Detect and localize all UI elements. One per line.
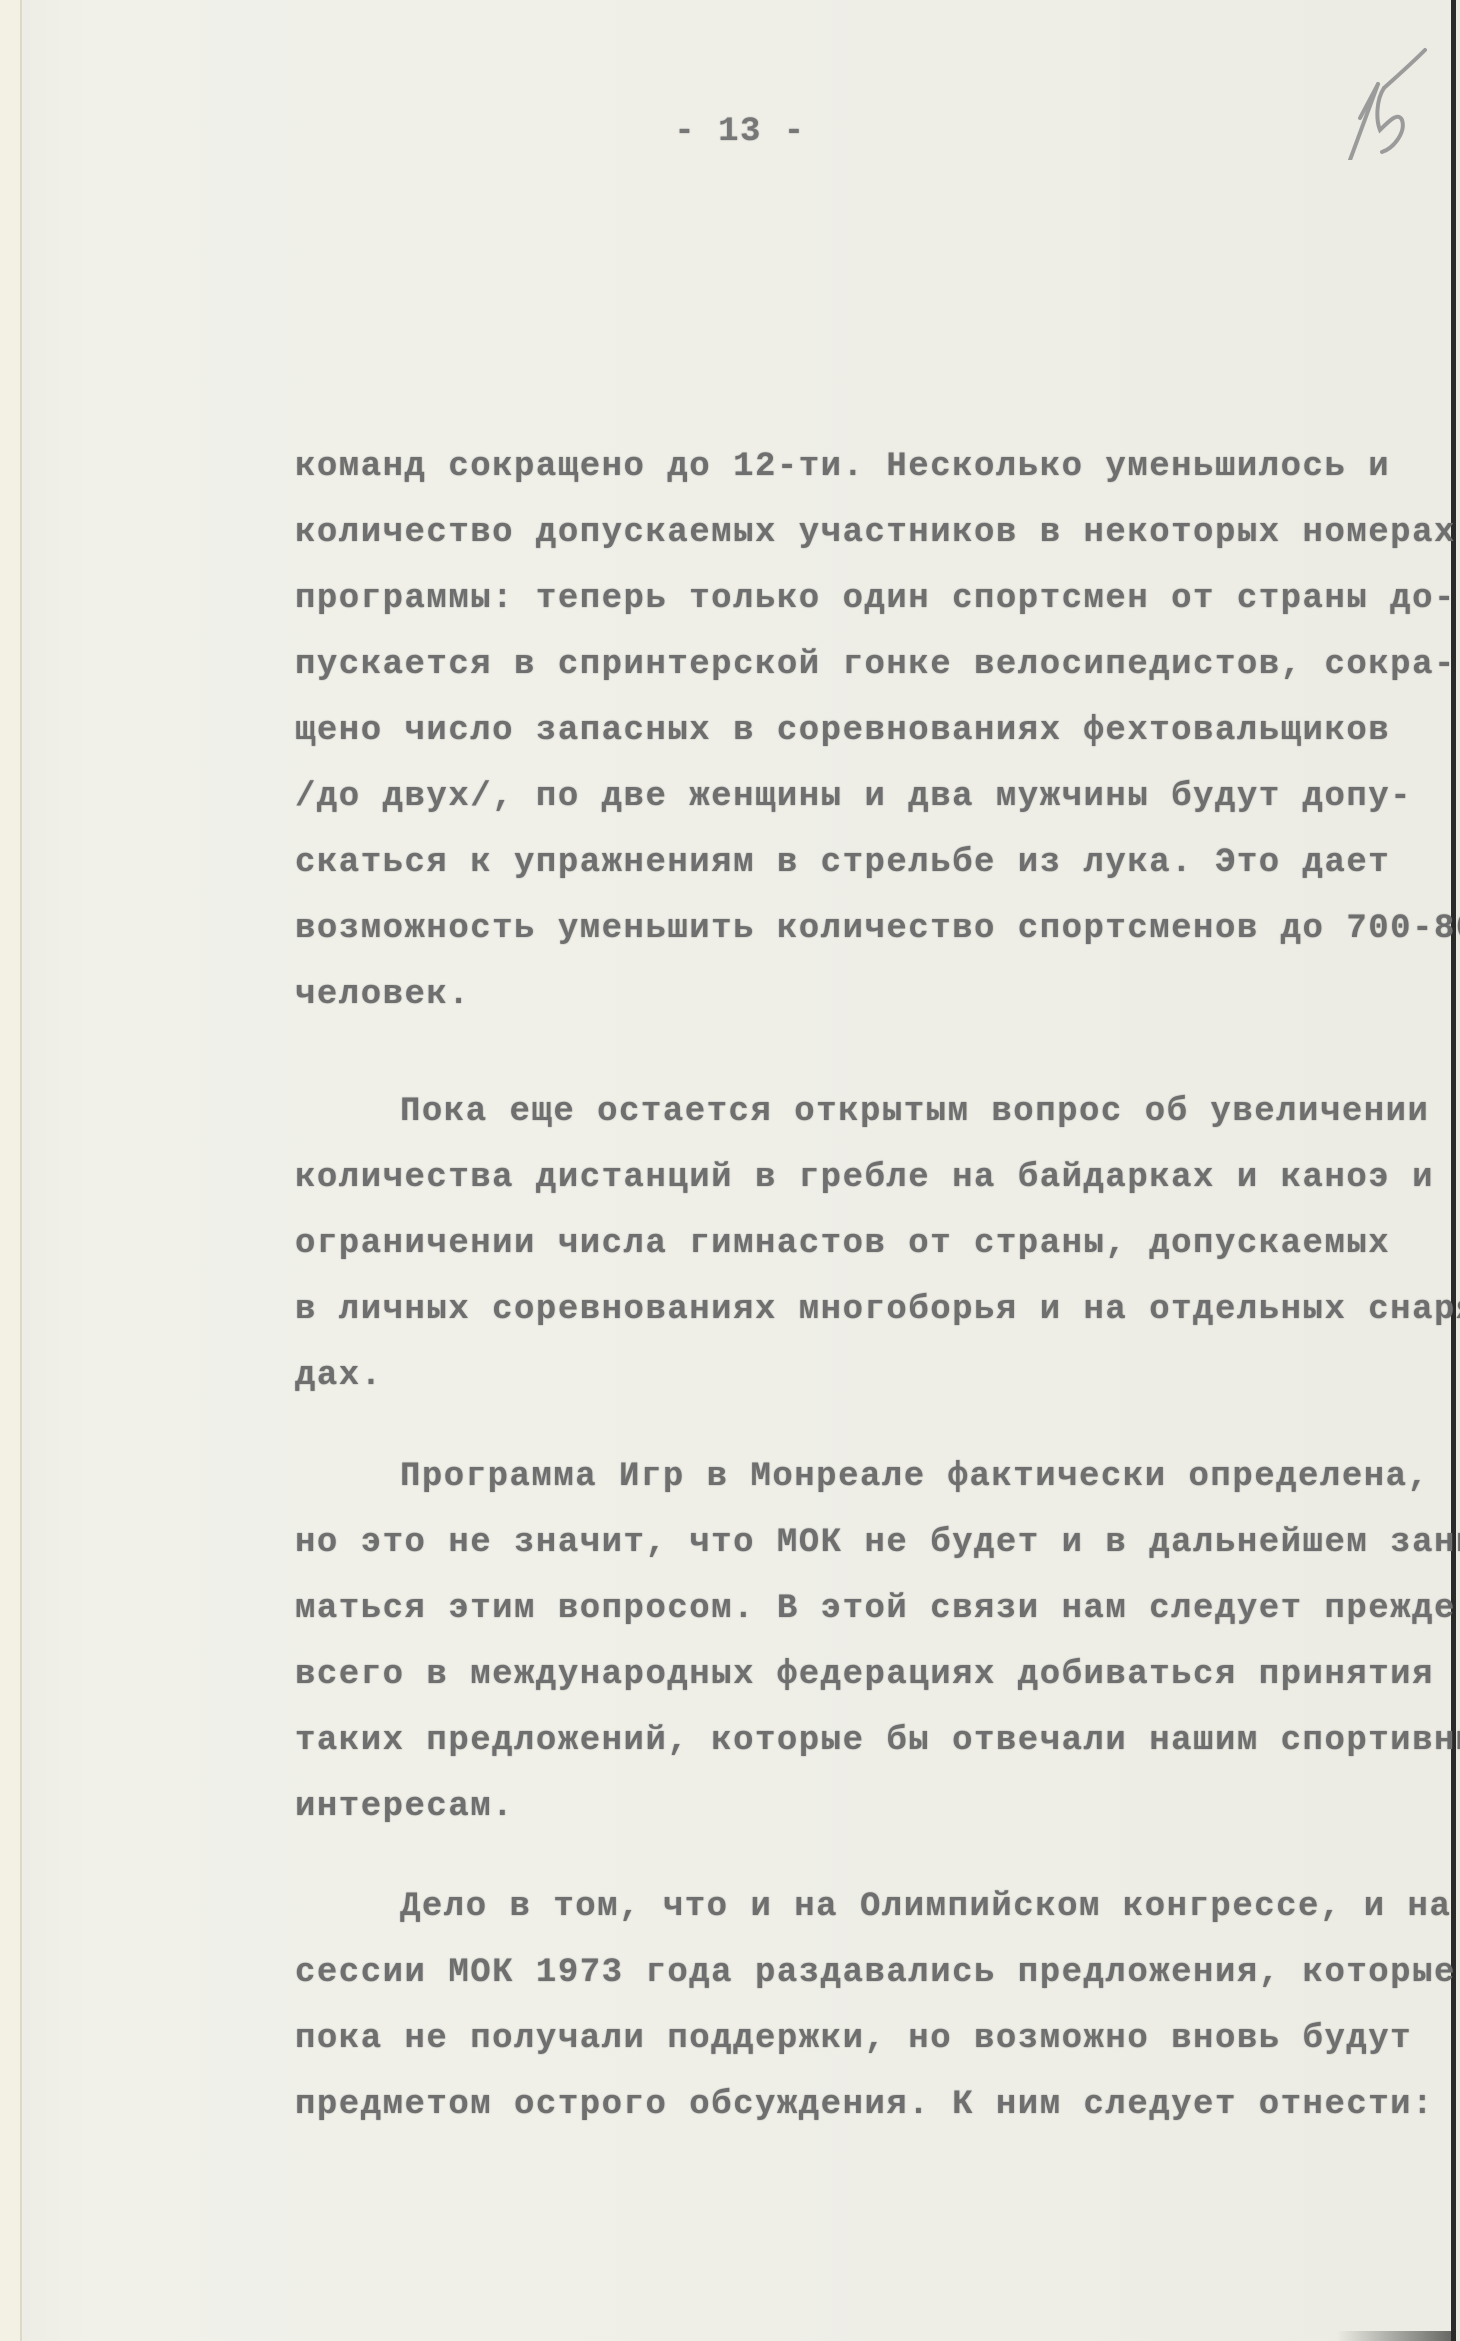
- text-line: возможность уменьшить количество спортсм…: [295, 912, 1460, 946]
- text-line: дах.: [295, 1359, 383, 1393]
- text-line: всего в международных федерациях добиват…: [295, 1658, 1434, 1692]
- text-line: Пока еще остается открытым вопрос об уве…: [400, 1095, 1429, 1129]
- text-line: человек.: [295, 978, 470, 1012]
- text-line: программы: теперь только один спортсмен …: [295, 582, 1456, 616]
- text-line: но это не значит, что МОК не будет и в д…: [295, 1526, 1460, 1560]
- text-line: сессии МОК 1973 года раздавались предлож…: [295, 1956, 1456, 1990]
- binding-edge: [0, 0, 22, 2341]
- text-line: количество допускаемых участников в неко…: [295, 516, 1456, 550]
- text-line: в личных соревнованиях многоборья и на о…: [295, 1293, 1460, 1327]
- text-line: количества дистанций в гребле на байдарк…: [295, 1161, 1434, 1195]
- text-line: скаться к упражнениям в стрельбе из лука…: [295, 846, 1390, 880]
- text-line: пока не получали поддержки, но возможно …: [295, 2022, 1412, 2056]
- text-line: Дело в том, что и на Олимпийском конгрес…: [400, 1890, 1451, 1924]
- text-line: /до двух/, по две женщины и два мужчины …: [295, 780, 1412, 814]
- handwritten-page-number: 15: [1320, 40, 1440, 160]
- text-line: таких предложений, которые бы отвечали н…: [295, 1724, 1460, 1758]
- text-line: пускается в спринтерской гонке велосипед…: [295, 648, 1456, 682]
- text-line: ограничении числа гимнастов от страны, д…: [295, 1227, 1390, 1261]
- document-page: - 13 - 15 команд сокращено до 12-ти. Нес…: [0, 0, 1456, 2341]
- page-number: - 13 -: [0, 115, 1460, 149]
- text-line: предметом острого обсуждения. К ним след…: [295, 2088, 1434, 2122]
- text-line: щено число запасных в соревнованиях фехт…: [295, 714, 1390, 748]
- text-line: Программа Игр в Монреале фактически опре…: [400, 1460, 1429, 1494]
- text-line: команд сокращено до 12-ти. Несколько уме…: [295, 450, 1390, 484]
- text-line: интересам.: [295, 1790, 514, 1824]
- scan-shadow: [1336, 2331, 1456, 2341]
- text-line: маться этим вопросом. В этой связи нам с…: [295, 1592, 1456, 1626]
